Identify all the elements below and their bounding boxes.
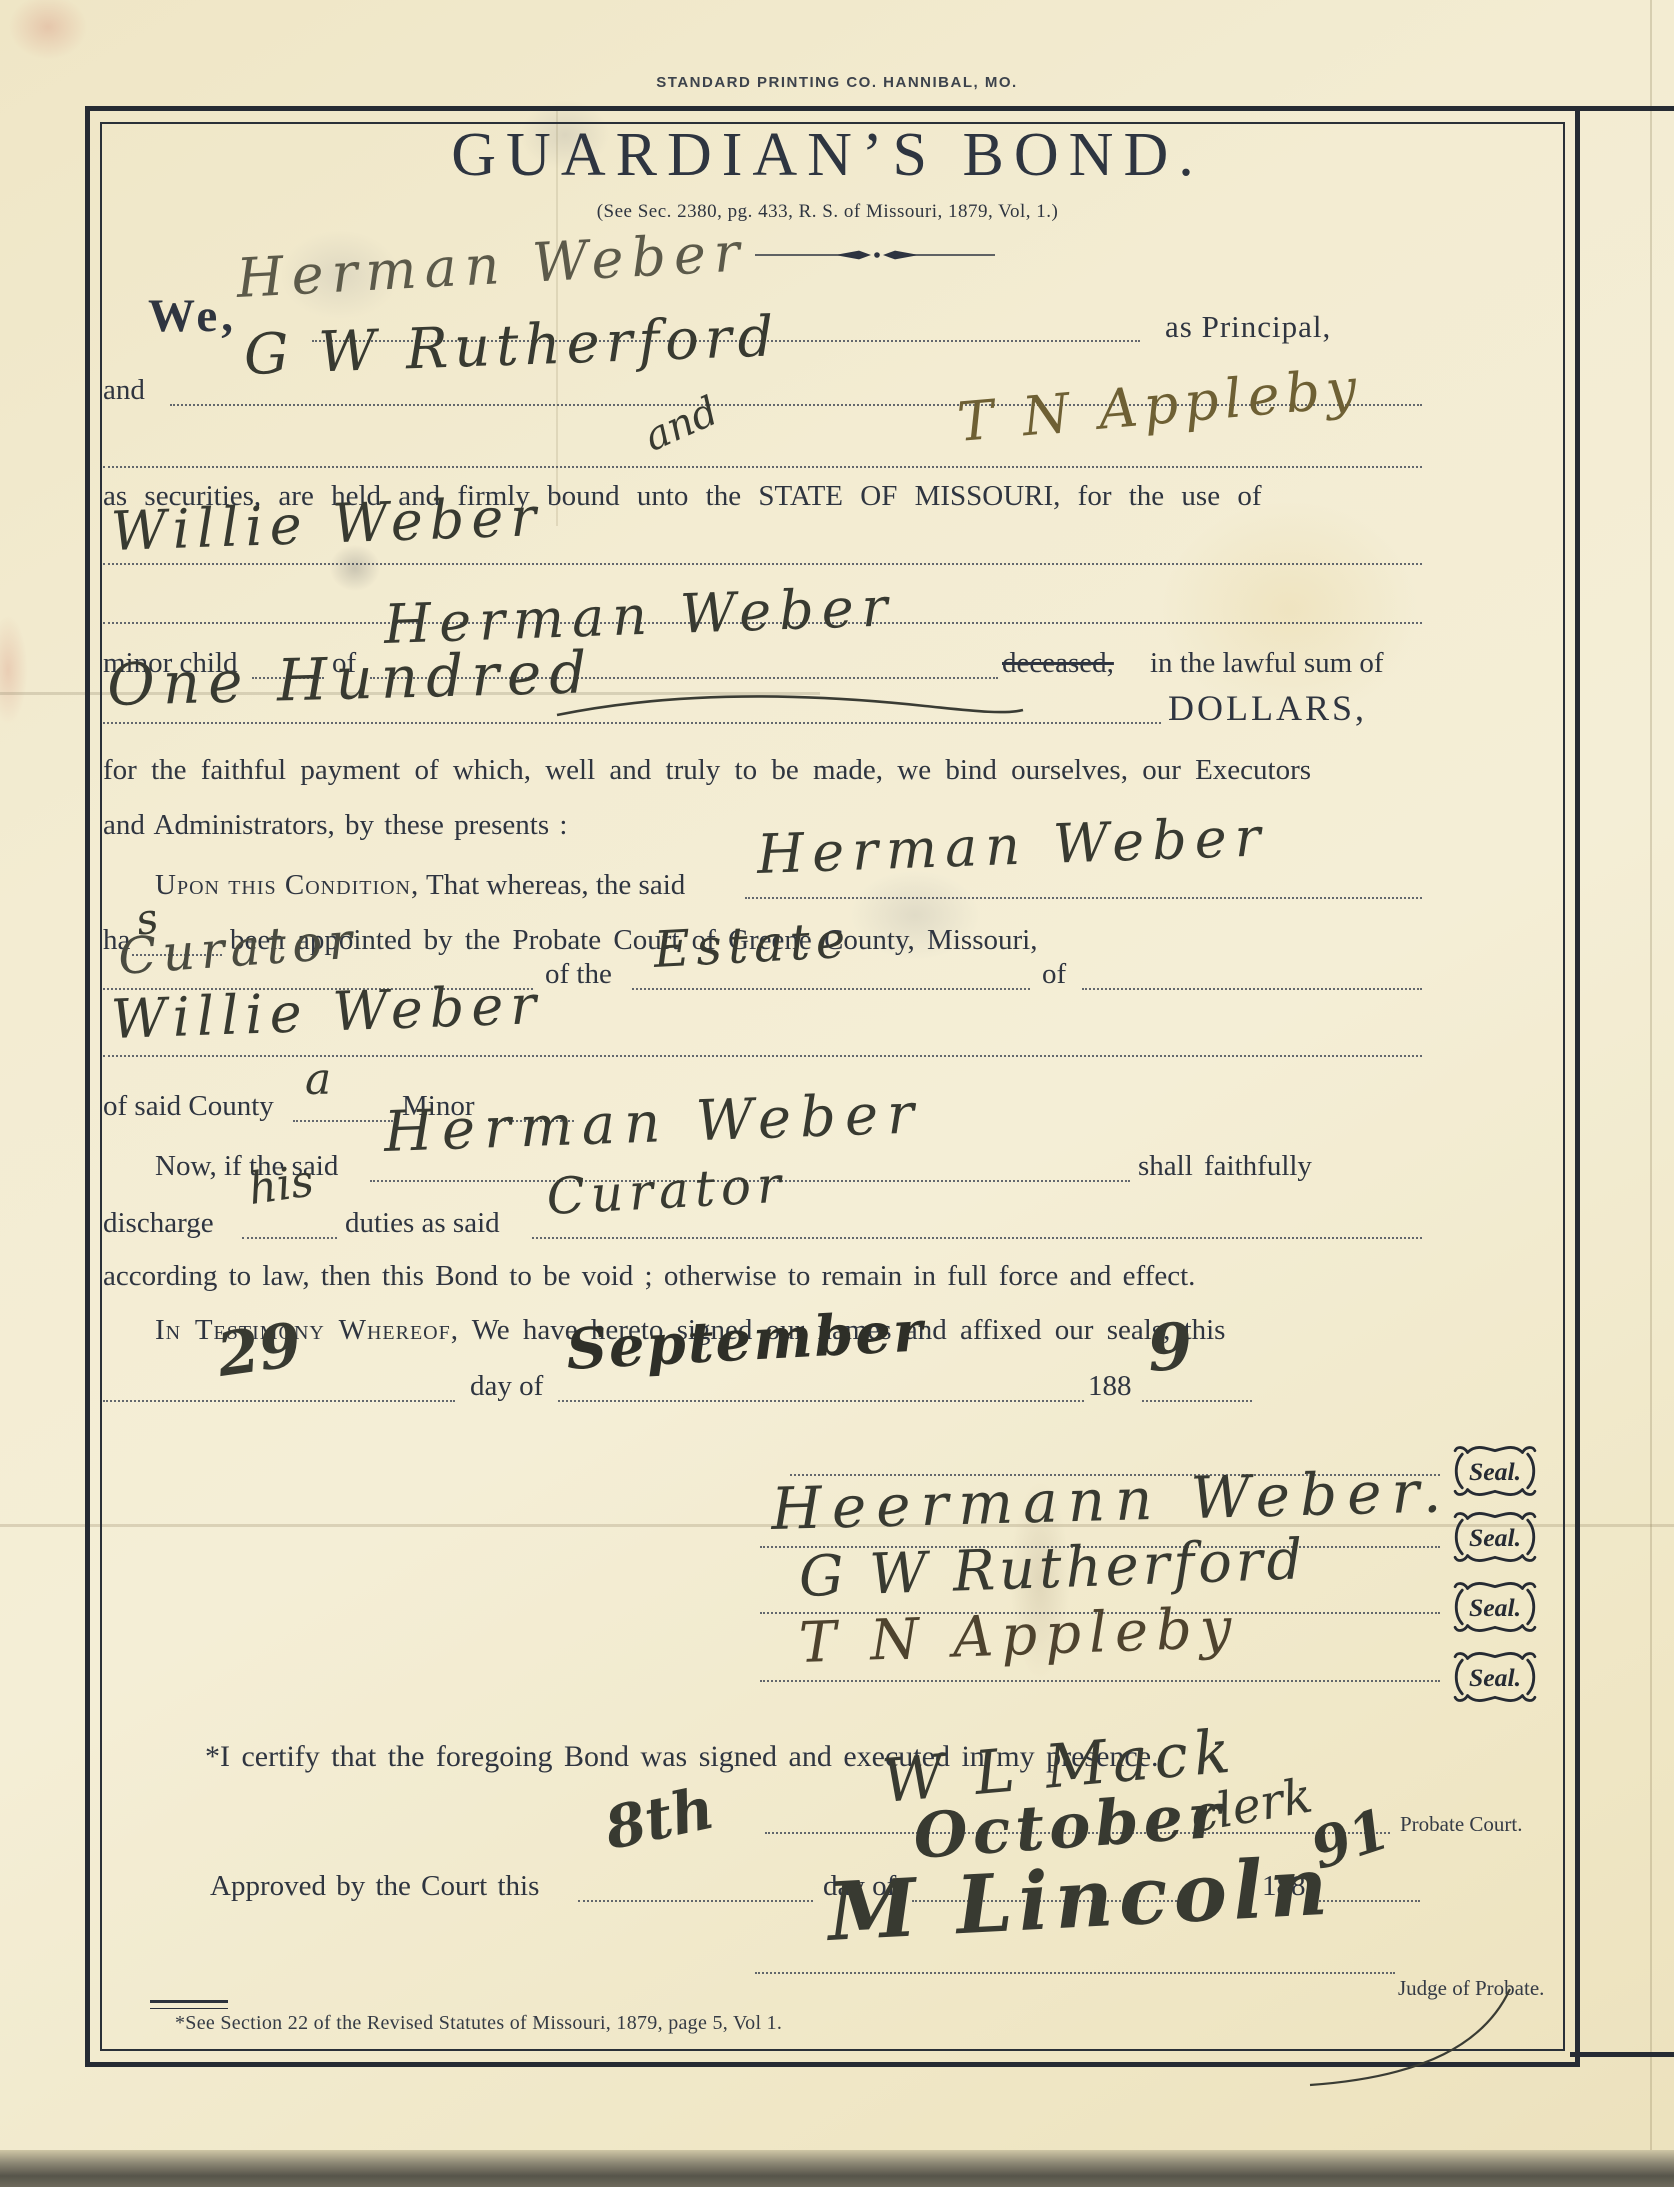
seal-text: Seal. (1469, 1663, 1521, 1692)
border-extension-bottom (1570, 2052, 1674, 2057)
estate-owner-handwriting: Willie Weber (110, 978, 544, 1047)
condition-lead: Upon this Condition, That whereas, the s… (155, 867, 685, 903)
testimony-smallcaps: In Testimony Whereof, (155, 1314, 459, 1346)
of-the-label: of the (545, 956, 612, 992)
testimony-year-line (1142, 1400, 1252, 1402)
as-principal-label: as Principal, (1165, 308, 1331, 347)
his-line (242, 1237, 337, 1239)
judge-signature-handwriting: M Lincoln (826, 1846, 1335, 1952)
footnote-text: *See Section 22 of the Revised Statutes … (175, 2012, 782, 2035)
testimony-month-handwriting: September (565, 1303, 926, 1378)
according-line: according to law, then this Bond to be v… (103, 1258, 1195, 1294)
faithfully-label: shall faithfully (1138, 1148, 1312, 1184)
seal-text: Seal. (1469, 1593, 1521, 1622)
beneficiary-line (103, 563, 1422, 565)
estate-owner-line-tail (1082, 988, 1422, 990)
estate-handwriting: Estate (652, 915, 852, 975)
duties-role-handwriting: Curator (545, 1159, 788, 1222)
testimony-year-handwriting: 9 (1146, 1315, 1195, 1382)
seal-text: Seal. (1469, 1457, 1521, 1486)
lawful-sum-label: in the lawful sum of (1150, 645, 1384, 681)
printer-credit: STANDARD PRINTING CO. HANNIBAL, MO. (0, 74, 1674, 91)
duties-label: duties as said (345, 1205, 500, 1241)
testimony-year-printed: 188 (1088, 1368, 1132, 1404)
seal-ornament: Seal. (1446, 1646, 1544, 1708)
payment-line1: for the faithful payment of which, well … (103, 752, 1311, 788)
amount-line (103, 722, 1161, 724)
stain (8, 0, 88, 60)
ornament-divider (755, 247, 995, 263)
seal-ornament: Seal. (1446, 1440, 1544, 1502)
judge-signature-line (755, 1972, 1395, 1974)
condition-name-line (745, 897, 1422, 899)
approved-day-line (578, 1900, 813, 1902)
fold-crease (1650, 0, 1652, 2187)
estate-of-label: of (1042, 956, 1066, 992)
amount-handwriting: One Hundred (106, 643, 595, 714)
scan-edge-band (0, 2150, 1674, 2187)
a-handwriting: a (305, 1058, 331, 1102)
testimony-day-handwriting: 29 (214, 1315, 305, 1386)
signature-handwriting: Heermann Weber. (770, 1462, 1451, 1538)
amount-dash-stroke (555, 688, 1025, 722)
dollars-label: DOLLARS, (1168, 686, 1367, 731)
beneficiary-handwriting: Willie Weber (110, 490, 544, 559)
testimony-day-of-label: day of (470, 1368, 543, 1404)
seal-text: Seal. (1469, 1523, 1521, 1552)
security2-line (103, 466, 1422, 468)
seal-ornament: Seal. (1446, 1506, 1544, 1568)
condition-rest: That whereas, the said (426, 869, 685, 901)
estate-owner-line (103, 1055, 1422, 1057)
border-extension-top (1570, 106, 1674, 111)
we-label: We, (148, 293, 237, 340)
seal-ornament: Seal. (1446, 1576, 1544, 1638)
deceased-label: deceased, (1002, 645, 1114, 681)
duties-role-line (532, 1237, 1422, 1239)
testimony-day-line (103, 1400, 455, 1402)
signature-flourish-stroke (1300, 1985, 1520, 2095)
statute-citation: (See Sec. 2380, pg. 433, R. S. of Missou… (85, 200, 1570, 224)
and-label: and (103, 372, 145, 408)
estate-line (632, 988, 1030, 990)
signature-line (760, 1680, 1440, 1682)
stain (0, 615, 28, 725)
payment-line2: and Administrators, by these presents : (103, 807, 567, 843)
page-title: GUARDIAN’S BOND. (85, 124, 1570, 186)
discharge-label: discharge (103, 1205, 214, 1241)
signature-handwriting: T N Appleby (798, 1601, 1240, 1672)
condition-smallcaps: Upon this Condition, (155, 869, 419, 901)
testimony-month-line (558, 1400, 1084, 1402)
county-label: of said County (103, 1088, 274, 1124)
a-line (293, 1120, 393, 1122)
his-handwriting: his (246, 1159, 316, 1212)
footnote-rule (150, 2000, 228, 2009)
probate-court-label: Probate Court. (1400, 1812, 1522, 1837)
approved-label: Approved by the Court this (210, 1868, 539, 1904)
document-page: STANDARD PRINTING CO. HANNIBAL, MO. GUAR… (0, 0, 1674, 2187)
